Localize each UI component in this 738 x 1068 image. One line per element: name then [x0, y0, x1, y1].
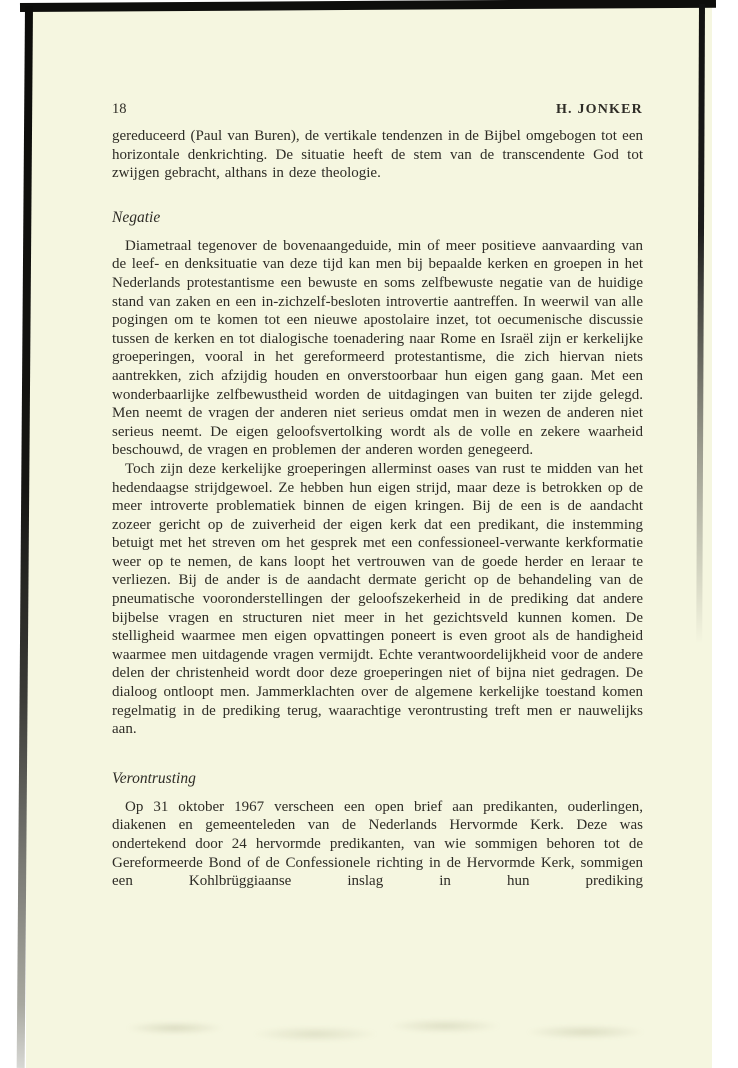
scanned-book-page: 18 H. JONKER gereduceerd (Paul van Buren…: [0, 0, 738, 1068]
running-header-author: H. JONKER: [556, 101, 643, 118]
section-heading-verontrusting: Verontrusting: [112, 769, 643, 788]
running-head: 18 H. JONKER: [112, 101, 643, 118]
body-paragraph: Op 31 oktober 1967 verscheen een open br…: [112, 798, 643, 891]
body-paragraph: Diametraal tegenover de bovenaangeduide,…: [112, 237, 643, 460]
page-number: 18: [112, 101, 127, 118]
reverse-page-show-through: [110, 1010, 650, 1050]
section-heading-negatie: Negatie: [112, 208, 643, 227]
body-paragraph: Toch zijn deze kerkelijke groeperingen a…: [112, 460, 643, 739]
text-column: 18 H. JONKER gereduceerd (Paul van Buren…: [112, 101, 643, 891]
intro-paragraph: gereduceerd (Paul van Buren), de vertika…: [112, 127, 643, 183]
